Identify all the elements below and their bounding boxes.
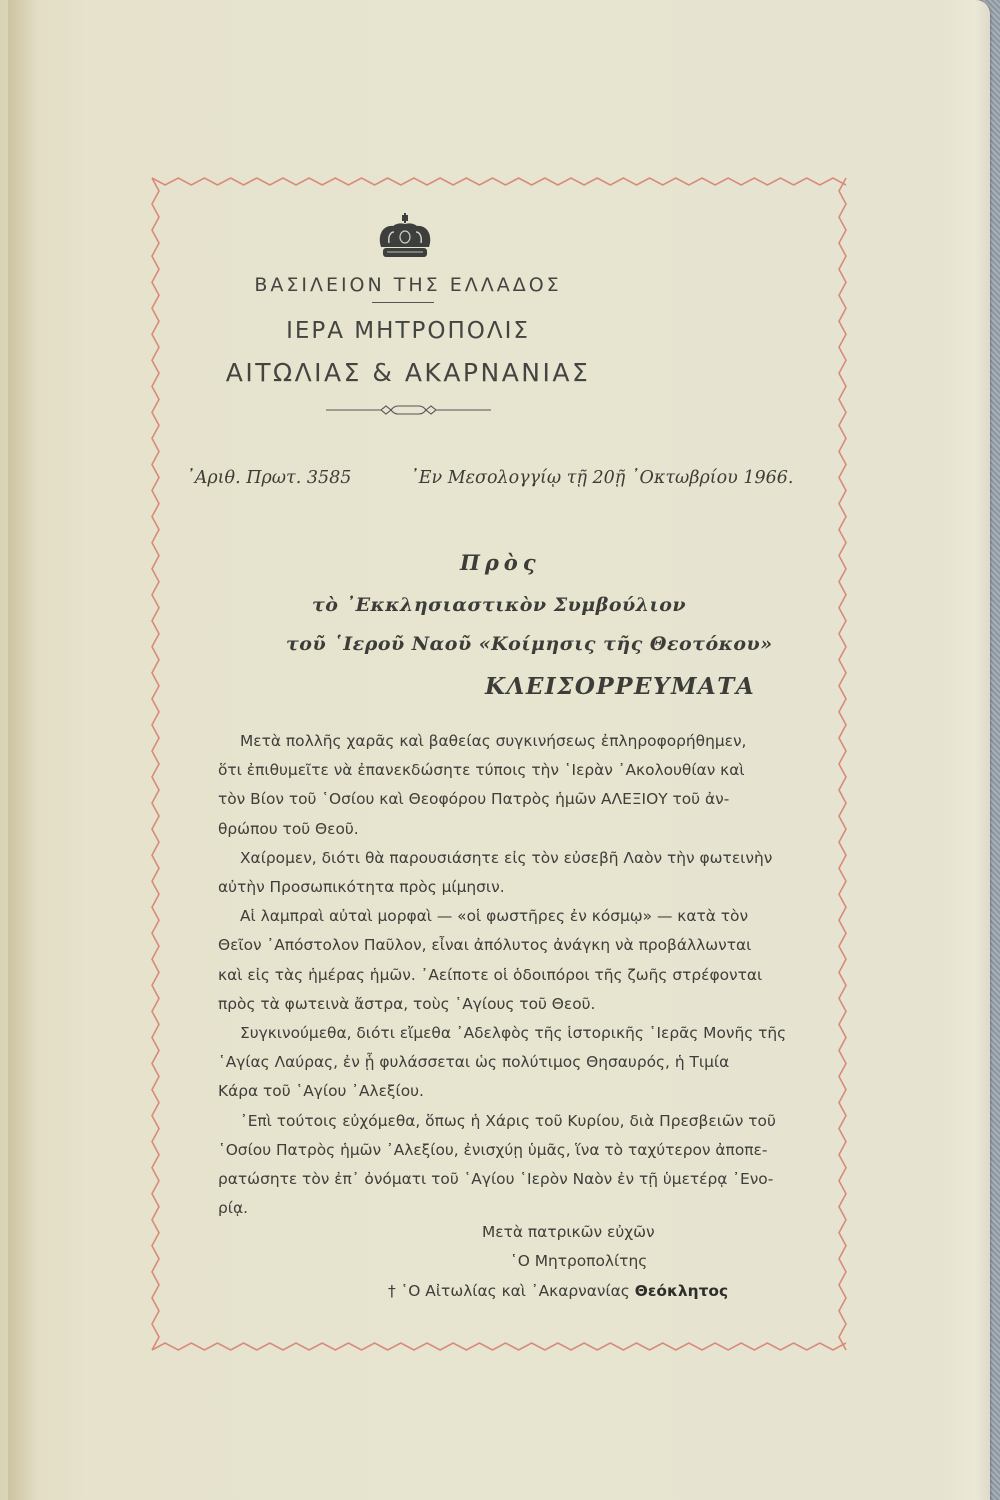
addressee-village: ΚΛΕΙΣΟΡΡΕΥΜΑΤΑ bbox=[485, 673, 755, 700]
body-line: αὐτὴν Προσωπικότητα πρὸς μίμησιν. bbox=[218, 873, 808, 902]
body-line: Χαίρομεν, διότι θὰ παρουσιάσητε εἰς τὸν … bbox=[218, 844, 808, 873]
body-line: Θεῖον ᾿Απόστολον Παῦλον, εἶναι ἀπόλυτος … bbox=[218, 931, 808, 960]
addressee-council: τὸ ᾿Εκκλησιαστικὸν Συμβούλιον bbox=[312, 594, 686, 616]
heading-rule bbox=[372, 302, 434, 303]
protocol-number: ᾿Αριθ. Πρωτ. 3585 bbox=[186, 468, 351, 488]
body-line: Μετὰ πολλῆς χαρᾶς καὶ βαθείας συγκινήσεω… bbox=[218, 727, 808, 756]
letter-content: ΒΑΣΙΛΕΙΟΝ ΤΗΣ ΕΛΛΑΔΟΣ ΙΕΡΑ ΜΗΤΡΟΠΟΛΙΣ ΑΙ… bbox=[0, 0, 1000, 1500]
ornamental-divider bbox=[326, 402, 491, 418]
signatory-line: † ῾Ο Αἰτωλίας καὶ ᾿Ακαρνανίας Θεόκλητος bbox=[388, 1282, 728, 1300]
body-line: Αἱ λαμπραὶ αὐταὶ μορφαὶ — «οἱ φωστῆρες ἐ… bbox=[218, 902, 808, 931]
body-line: ῾Αγίας Λαύρας, ἐν ᾗ φυλάσσεται ὡς πολύτι… bbox=[218, 1048, 808, 1077]
body-line: καὶ εἰς τὰς ἡμέρας ἡμῶν. ᾿Αείποτε οἱ ὁδο… bbox=[218, 961, 808, 990]
crown-icon bbox=[375, 213, 435, 263]
body-line: πρὸς τὰ φωτεινὰ ἄστρα, τοὺς ῾Αγίους τοῦ … bbox=[218, 990, 808, 1019]
body-line: θρώπου τοῦ Θεοῦ. bbox=[218, 815, 808, 844]
body-line: Συγκινούμεθα, διότι εἴμεθα ᾿Αδελφὸς τῆς … bbox=[218, 1019, 808, 1048]
signatory-see: ῾Ο Αἰτωλίας καὶ ᾿Ακαρνανίας bbox=[401, 1282, 630, 1300]
kingdom-heading: ΒΑΣΙΛΕΙΟΝ ΤΗΣ ΕΛΛΑΔΟΣ bbox=[0, 274, 816, 296]
body-line: ᾿Επὶ τούτοις εὐχόμεθα, ὅπως ἡ Χάρις τοῦ … bbox=[218, 1107, 808, 1136]
addressee-to: Πρὸς bbox=[460, 550, 541, 575]
body-line: ὅτι ἐπιθυμεῖτε νὰ ἐπανεκδώσητε τύποις τὴ… bbox=[218, 756, 808, 785]
body-line: Κάρα τοῦ ῾Αγίου ᾿Αλεξίου. bbox=[218, 1077, 808, 1106]
signatory-title: ῾Ο Μητροπολίτης bbox=[510, 1252, 647, 1270]
place-and-date: ᾿Εν Μεσολογγίῳ τῇ 20ῇ ᾿Οκτωβρίου 1966. bbox=[410, 468, 793, 488]
metropolis-heading: ΙΕΡΑ ΜΗΤΡΟΠΟΛΙΣ bbox=[0, 318, 816, 344]
metropolis-region-heading: ΑΙΤΩΛΙΑΣ & ΑΚΑΡΝΑΝΙΑΣ bbox=[0, 358, 816, 387]
cross-icon: † bbox=[388, 1282, 396, 1300]
body-line: τὸν Βίον τοῦ ῾Οσίου καὶ Θεοφόρου Πατρὸς … bbox=[218, 785, 808, 814]
body-line: ρίᾳ. bbox=[218, 1194, 808, 1223]
addressee-church: τοῦ ῾Ιεροῦ Ναοῦ «Κοίμησις τῆς Θεοτόκου» bbox=[286, 633, 773, 655]
body-line: ῾Οσίου Πατρὸς ἡμῶν ᾿Αλεξίου, ἐνισχύῃ ὑμᾶ… bbox=[218, 1136, 808, 1165]
closing-salutation: Μετὰ πατρικῶν εὐχῶν bbox=[482, 1223, 655, 1241]
body-line: ρατώσητε τὸν ἐπ᾿ ὀνόματι τοῦ ῾Αγίου ῾Ιερ… bbox=[218, 1165, 808, 1194]
signatory-name: Θεόκλητος bbox=[635, 1282, 728, 1300]
letter-body: Μετὰ πολλῆς χαρᾶς καὶ βαθείας συγκινήσεω… bbox=[218, 727, 808, 1223]
